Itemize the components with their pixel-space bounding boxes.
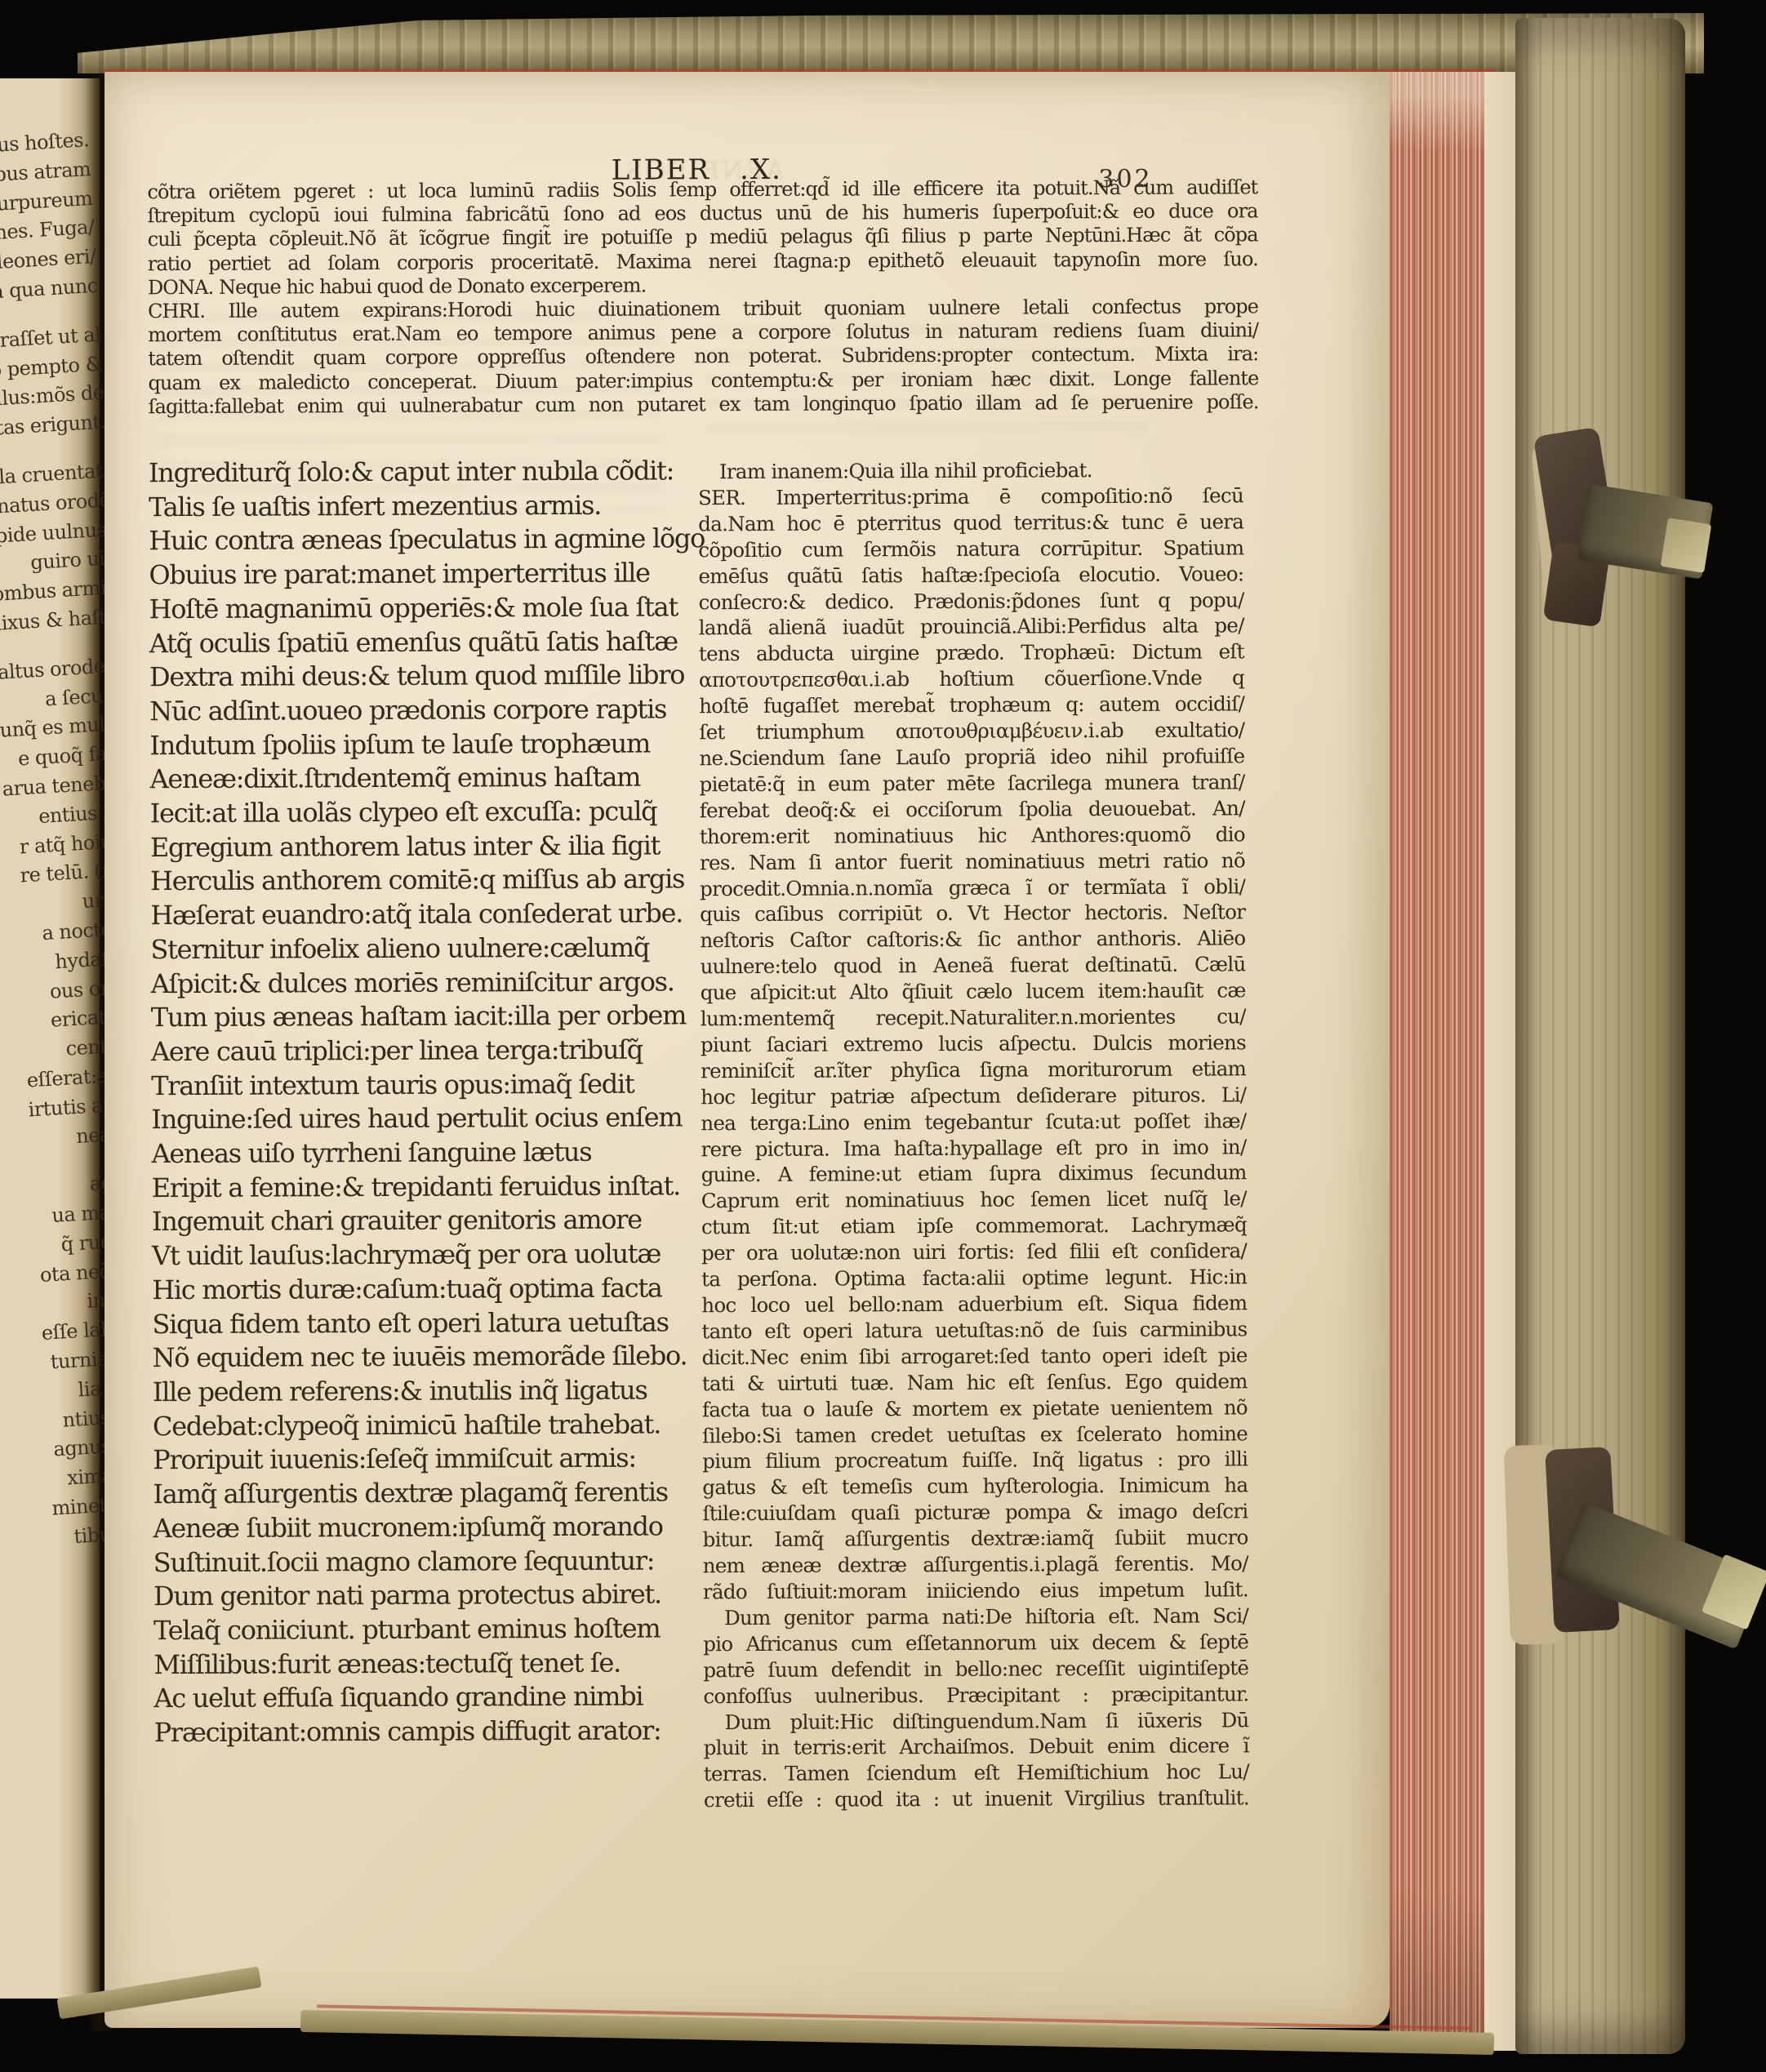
poem-line: Vt uidit lauſus:lachrymæq̃ per ora uolut…	[152, 1237, 692, 1274]
commentary-line: ſtile:cuiuſdam quaſi picturæ pompa & ima…	[702, 1499, 1248, 1527]
commentary-line: tati & uirtuti tuæ. Nam hic eſt ſenſus. …	[702, 1368, 1248, 1397]
commentary-line: procedit.Omnia.n.nomĩa græca ĩ or termĩa…	[700, 874, 1245, 902]
poem-line: Aeneæ ſubiit mucronem:ipſumq̃ morando	[153, 1510, 693, 1546]
commentary-line: facta tua o lauſe & mortem ex pietate ue…	[702, 1394, 1248, 1423]
commentary-line: ta perſona. Optima facta:alii optime leg…	[701, 1264, 1247, 1292]
poem-line: Aere cauū triplici:per linea terga:tribu…	[151, 1033, 692, 1069]
poem-line: Hæſerat euandro:atq̃ itala conſederat ur…	[150, 896, 691, 933]
commentary-line: hoc legitur patriæ aſpectum deſiderare p…	[701, 1082, 1246, 1110]
commentary-line: lum:mentemq̃ recepit.Naturaliter.n.morie…	[701, 1003, 1246, 1032]
poem-line: Ingrediturq̃ ſolo:& caput inter nubıla c…	[149, 454, 689, 491]
commentary-line: ſet triumphum αποτουθριαμβέυειν.i.ab exu…	[699, 717, 1244, 745]
poem-line: Telaq̃ coniiciunt. pturbant eminus hoſte…	[153, 1612, 694, 1648]
photograph-of-open-book: tius hoſtes.bus atramn. Purpureuma fames…	[0, 0, 1766, 2072]
poem-line: Ille pedem referens:& inutılis inq̃ liga…	[153, 1373, 693, 1410]
commentary-line: hoc loco uel bello:nam aduerbium eſt. Si…	[701, 1290, 1247, 1318]
red-fore-edge-pages	[1390, 72, 1484, 2048]
commentary-line: que aſpicit:ut Alto q̃ſiuit cælo lucem i…	[701, 977, 1246, 1006]
poem-line: Sternitur infoelix alieno uulnere:cælumq…	[150, 931, 691, 967]
commentary-line: ferebat deoq̃:& ei occiſorum ſpolia deuo…	[700, 795, 1245, 824]
commentary-line: pietatē:q̃ in eum pater mēte ſacrilega m…	[700, 769, 1245, 798]
upper-clasp-brass-tip	[1661, 518, 1712, 573]
poem-line: Suſtinuit.ſocii magno clamore ſequuntur:	[153, 1544, 694, 1581]
commentary-line: nea terga:Lino enim tegebantur ſcuta:ut …	[701, 1108, 1246, 1136]
commentary-line: da.Nam hoc ē pterritus quod territus:& t…	[698, 509, 1243, 537]
poem-line: Egregium anthorem latus inter & ilia fig…	[150, 829, 691, 865]
page-text-layer: AENEIDOS LIBER .X. 302 cõtra oriẽtem pge…	[100, 69, 1394, 2031]
commentary-line: SER. Imperterritus:prima ē compoſitio:nõ…	[698, 482, 1243, 511]
commentary-line: landã alienã iuadūt prouinciã.Alibi:Perf…	[699, 613, 1244, 642]
poem-line: Herculis anthorem comitē:q miſſus ab arg…	[150, 863, 691, 900]
poem-line: Aeneas uiſo tyrrheni ſanguine lætus	[151, 1135, 692, 1172]
poem-column: Ingrediturq̃ ſolo:& caput inter nubıla c…	[149, 454, 695, 1750]
commentary-line: Iram inanem:Quia illa nihil proficiebat.	[698, 456, 1243, 485]
poem-line: Miſſilibus:furit æneas:tectuſq̃ tenet ſe…	[153, 1646, 694, 1683]
commentary-line: tanto eſt operi latura uetuſtas:nõ de ſu…	[701, 1316, 1247, 1345]
poem-line: Dextra mihi deus:& telum quod mıſſile li…	[149, 659, 690, 696]
commentary-line: Dum genitor parma nati:De hiſtoria eſt. …	[703, 1603, 1248, 1631]
commentary-line: emēſus quãtū ſatis haſtæ:ſpecioſa elocut…	[698, 561, 1243, 589]
commentary-line: uulnere:telo quod in Aeneã fuerat deſtin…	[700, 952, 1245, 980]
poem-line: Ingemuit chari grauiter genitoris amore	[152, 1203, 692, 1240]
commentary-line: pluit in terris:erit Archaiſmos. Debuit …	[704, 1733, 1249, 1762]
parchment-binding-board	[1515, 18, 1685, 2054]
commentary-line: ctum ſit:ut etiam ipſe commemorat. Lachr…	[701, 1212, 1247, 1241]
poem-line: Huic contra æneas ſpeculatus in agmine l…	[149, 522, 689, 559]
poem-line: Cedebat:clypeoq̃ inimicū haſtile traheba…	[153, 1407, 693, 1444]
poem-line: Hoſtē magnanimū opperiēs:& mole ſua ſtat	[149, 590, 690, 627]
poem-line: Hic mortis duræ:caſum:tuaq̃ optima facta	[152, 1271, 692, 1308]
poem-line: Dum genitor nati parma protectus abiret.	[153, 1577, 694, 1614]
commentary-line: per ora uolutæ:non uiri fortis: ſed fili…	[701, 1238, 1247, 1267]
top-commentary-block: cõtra oriẽtem pgeret : ut loca luminū ra…	[147, 176, 1258, 419]
commentary-line: cretii eſſe : quod ita : ut inuenit Virg…	[704, 1785, 1249, 1814]
commentary-line: Dum pluit:Hic diſtinguendum.Nam ſi iūxer…	[704, 1707, 1249, 1736]
poem-line: Inguine:ſed uires haud pertulit ocius en…	[151, 1101, 692, 1138]
commentary-line: guine. A femine:ut etiam ſupra diximus ſ…	[701, 1160, 1247, 1189]
poem-line: Obuius ire parat:manet imperterritus ill…	[149, 556, 689, 593]
commentary-line: nem æneæ dextræ aſſurgentis.i.plagã fere…	[703, 1550, 1248, 1579]
commentary-line: ſagitta:fallebat enim qui uulnerabatur c…	[148, 390, 1258, 419]
commentary-line: conſecro:& dedico. Prædonis:p̃dones ſunt…	[699, 587, 1244, 616]
commentary-line: rãdo ſuſtiuit:moram iniiciendo eius impe…	[703, 1576, 1248, 1605]
poem-line: Nõ equidem nec te iuuēis memorãde ſilebo…	[153, 1340, 693, 1376]
poem-line: Nūc adſint.uoueo prædonis corpore raptis	[149, 692, 690, 729]
fore-edge-margin-strip	[1484, 72, 1517, 2051]
poem-line: Præcipitant:omnis campis diffugit arator…	[154, 1714, 695, 1750]
book-head-edge	[78, 13, 1704, 73]
commentary-line: pium filium procreatum fuiſſe. Inq̃ liga…	[702, 1447, 1248, 1475]
page-recto: AENEIDOS LIBER .X. 302 cõtra oriẽtem pge…	[105, 72, 1390, 2028]
poem-line: Aſpicit:& dulces moriēs reminiſcitur arg…	[151, 965, 692, 1002]
poem-line: Indutum ſpoliis ipſum te lauſe trophæum	[149, 727, 690, 763]
commentary-line: terras. Tamen ſciendum eſt Hemiſtichium …	[704, 1759, 1249, 1788]
commentary-line: piunt ſaciari extremo lucis aſpectu. Dul…	[701, 1029, 1246, 1058]
commentary-line: tens abducta uirgine prædo. Trophæū: Dic…	[699, 639, 1244, 668]
poem-line: Atq̃ oculis ſpatiū emenſus quãtū ſatis h…	[149, 625, 690, 661]
commentary-line: hoſtē fugaſſet merebat̃ trophæum q: aute…	[699, 691, 1244, 719]
poem-line: Tranſiit intextum tauris opus:imaq̃ ſedi…	[151, 1067, 692, 1104]
commentary-line: Caprum erit nominatiuus hoc ſemen licet …	[701, 1186, 1247, 1215]
commentary-line: bitur. Iamq̃ aſſurgentis dextræ:iamq̃ ſu…	[703, 1524, 1248, 1553]
poem-line: Aeneæ:dixit.ſtrıdentemq̃ eminus haſtam	[149, 761, 690, 798]
commentary-line: quis caſibus corripiūt o. Vt Hector hect…	[700, 900, 1245, 928]
poem-line: Iamq̃ aſſurgentis dextræ plagamq̃ ferent…	[153, 1475, 693, 1512]
commentary-line: neſtoris Caſtor caſtoris:& ſic anthor an…	[700, 926, 1245, 954]
commentary-line: reminiſcit̃ ar.ĩter phyſica ſigna moritu…	[701, 1056, 1246, 1084]
commentary-line: pio Africanus cum eſſetannorum uix decem…	[703, 1629, 1248, 1657]
poem-line: Siqua fidem tanto eſt operi latura uetuſ…	[152, 1305, 692, 1342]
poem-line: Proripuit iuuenis:ſeſeq̃ immiſcuit armis…	[153, 1442, 693, 1478]
poem-line: Talis ſe uaſtis infert mezentius armis.	[149, 488, 689, 525]
commentary-line: gatus & eſt temeſis cum hyſterologia. In…	[702, 1473, 1248, 1501]
commentary-line: dicit.Nec enim ſibi arrogaret:ſed tanto …	[702, 1342, 1248, 1371]
commentary-line: confoſſus uulneribus. Præcipitant : præc…	[703, 1681, 1248, 1710]
commentary-line: patrē ſuum defendit in bello:nec receſſi…	[703, 1655, 1248, 1683]
poem-line: Eripit a femine:& trepidanti feruidus in…	[152, 1169, 692, 1206]
commentary-line: ne.Sciendum ſane Lauſo propriã ideo nihi…	[699, 743, 1244, 771]
commentary-line: rere pictura. Ima haſta:hypallage eſt pr…	[701, 1134, 1246, 1163]
commentary-line: ſilebo:Si tamen credet uetuſtas ex ſcele…	[702, 1421, 1248, 1449]
commentary-line: αποτουτρεπεσθαι.i.ab hoſtium cõuerſione.…	[699, 665, 1244, 694]
commentary-column: Iram inanem:Quia illa nihil proficiebat.…	[698, 456, 1249, 1813]
commentary-line: ratio pertiet ad ſolam corporis procerit…	[148, 247, 1258, 276]
poem-line: Ac uelut effuſa ſiquando grandine nimbi	[153, 1680, 694, 1717]
commentary-line: cõpoſitio cum ſermõis natura corrūpitur.…	[698, 535, 1243, 563]
commentary-line: thorem:erit nominatiuus hic Anthores:quo…	[700, 821, 1245, 850]
poem-line: Iecit:at illa uolãs clypeo eſt excuſſa: …	[150, 794, 691, 831]
commentary-line: res. Nam ſi antor fuerit nominatiuus met…	[700, 847, 1245, 876]
poem-line: Tum pius æneas haſtam iacit:illa per orb…	[151, 999, 692, 1036]
